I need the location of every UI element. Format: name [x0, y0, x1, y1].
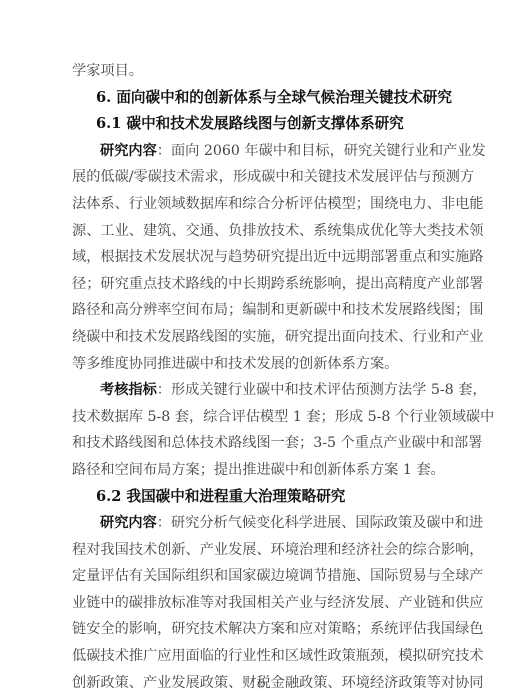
paragraph-line: 路径和高分辨率空间布局；编制和更新碳中和技术发展路线图；围 [72, 297, 452, 324]
paragraph-line: 研究内容：面向 2060 年碳中和目标，研究关键行业和产业发 [72, 138, 452, 165]
section-6-1-assessment: 考核指标：形成关键行业碳中和技术评估预测方法学 5-8 套， 技术数据库 5-8… [72, 377, 452, 483]
paragraph-line: 和技术路线图和总体技术路线图一套；3-5 个重点产业碳中和部署 [72, 430, 452, 457]
section-6-2-heading: 6.2 我国碳中和进程重大治理策略研究 [72, 484, 452, 511]
section-6-1-research-content: 研究内容：面向 2060 年碳中和目标，研究关键行业和产业发 展的低碳/零碳技术… [72, 138, 452, 377]
paragraph-line: 径；研究重点技术路线的中长期跨系统影响，提出高精度产业部署 [72, 271, 452, 298]
paragraph-line: 定量评估有关国际组织和国家碳边境调节措施、国际贸易与全球产 [72, 563, 452, 590]
paragraph-line: 考核指标：形成关键行业碳中和技术评估预测方法学 5-8 套， [72, 377, 452, 404]
paragraph-line: 法体系、行业领域数据库和综合分析评估模型；围绕电力、非电能 [72, 191, 452, 218]
section-6-heading: 6. 面向碳中和的创新体系与全球气候治理关键技术研究 [72, 85, 452, 112]
continuation-text: 学家项目。 [72, 58, 452, 85]
paragraph-line: 路径和空间布局方案；提出推进碳中和创新体系方案 1 套。 [72, 457, 452, 484]
assessment-label: 考核指标 [100, 382, 157, 398]
research-content-label: 研究内容 [100, 143, 157, 159]
paragraph-line: 域，根据技术发展状况与趋势研究提出近中远期部署重点和实施路 [72, 244, 452, 271]
paragraph-line: 等多维度协同推进碳中和技术发展的创新体系方案。 [72, 351, 452, 378]
paragraph-line: 源、工业、建筑、交通、负排放技术、系统集成优化等大类技术领 [72, 218, 452, 245]
page-number: 12 [0, 680, 521, 689]
paragraph-line: 程对我国技术创新、产业发展、环境治理和经济社会的综合影响， [72, 537, 452, 564]
paragraph-line: 展的低碳/零碳技术需求，形成碳中和关键技术发展评估与预测方 [72, 164, 452, 191]
research-content-label: 研究内容 [100, 515, 157, 531]
paragraph-line: 研究内容：研究分析气候变化科学进展、国际政策及碳中和进 [72, 510, 452, 537]
paragraph-line: 技术数据库 5-8 套，综合评估模型 1 套；形成 5-8 个行业领域碳中 [72, 404, 452, 431]
paragraph-line: 业链中的碳排放标准等对我国相关产业与经济发展、产业链和供应 [72, 590, 452, 617]
paragraph-line: 低碳技术推广应用面临的行业性和区域性政策瓶颈，模拟研究技术 [72, 643, 452, 670]
section-6-2-research-content: 研究内容：研究分析气候变化科学进展、国际政策及碳中和进 程对我国技术创新、产业发… [72, 510, 452, 696]
paragraph-line: 链安全的影响，研究技术解决方案和应对策略；系统评估我国绿色 [72, 616, 452, 643]
section-6-1-heading: 6.1 碳中和技术发展路线图与创新支撑体系研究 [72, 111, 452, 138]
paragraph-line: 绕碳中和技术发展路线图的实施，研究提出面向技术、行业和产业 [72, 324, 452, 351]
document-page: 学家项目。 6. 面向碳中和的创新体系与全球气候治理关键技术研究 6.1 碳中和… [72, 58, 452, 696]
